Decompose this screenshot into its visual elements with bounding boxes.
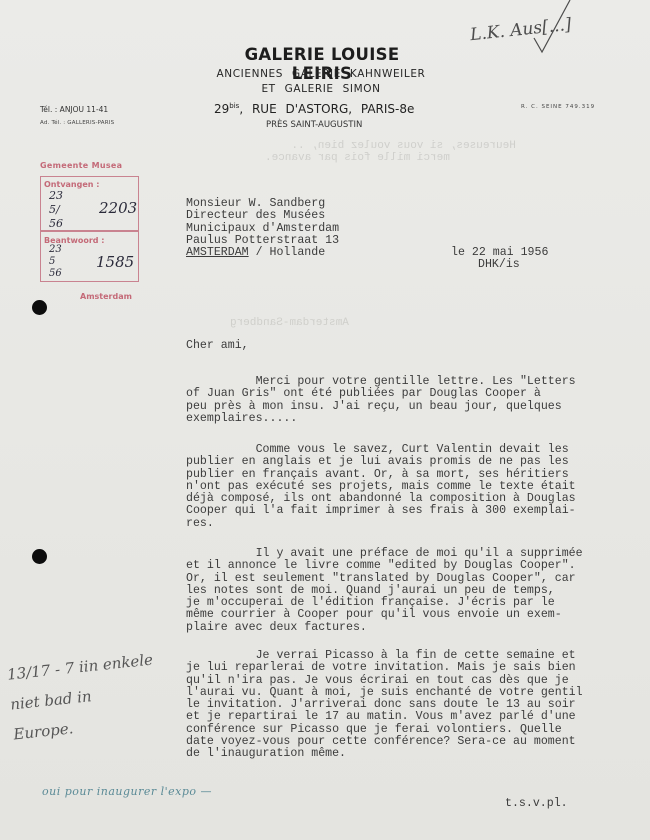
handwritten-bottom-note: oui pour inaugurer l'expo — xyxy=(42,785,212,798)
stamp-received-date: 23 5/ 56 xyxy=(49,189,63,231)
letter-page: Heureuses, si vous voulez bien, .. merci… xyxy=(0,0,650,840)
stamp-received-number: 2203 xyxy=(99,199,137,217)
gallery-subtitle: ANCIENNES GALERIE KAHNWEILER xyxy=(210,68,432,80)
body-paragraph: Merci pour votre gentille lettre. Les "L… xyxy=(186,376,576,425)
address-street: , RUE D'ASTORG, PARIS-8e xyxy=(239,102,414,116)
body-paragraph: Comme vous le savez, Curt Valentin devai… xyxy=(186,444,576,530)
punch-hole xyxy=(32,300,47,315)
registry-number: R. C. SEINE 749.319 xyxy=(521,104,595,110)
address-suffix: bis xyxy=(229,102,239,110)
date-year: 56 xyxy=(49,217,63,231)
recipient-city: AMSTERDAM xyxy=(186,246,249,259)
recipient-title: Directeur des Musées xyxy=(186,210,339,222)
recipient-address: Monsieur W. SandbergDirecteur des Musées… xyxy=(186,198,339,259)
gallery-telephone: Tél. : ANJOU 11-41 xyxy=(40,105,108,114)
body-paragraph: Il y avait une préface de moi qu'il a su… xyxy=(186,548,583,634)
show-through-text: Amsterdam-Sandberg xyxy=(230,317,349,329)
show-through-text: Heureuses, si vous voulez bien, .. merci… xyxy=(265,140,516,164)
body-paragraph: Je verrai Picasso à la fin de cette sema… xyxy=(186,650,583,761)
salutation: Cher ami, xyxy=(186,340,249,352)
stamp-answered-number: 1585 xyxy=(96,253,134,271)
received-stamp: Ontvangen : 23 5/ 56 2203 Beantwoord : 2… xyxy=(40,176,139,282)
please-turn-over: t.s.v.pl. xyxy=(505,798,568,810)
date-month: 5/ xyxy=(49,203,63,217)
date-month: 5 xyxy=(49,256,62,268)
stamp-title: Gemeente Musea xyxy=(40,161,122,170)
date-day: 23 xyxy=(49,189,63,203)
letter-reference: DHK/is xyxy=(478,259,520,271)
gallery-landmark: PRÈS SAINT-AUGUSTIN xyxy=(266,120,362,130)
recipient-city-line: AMSTERDAM / Hollande xyxy=(186,247,339,259)
stamp-received-label: Ontvangen : xyxy=(44,180,99,189)
gallery-telegram: Ad. Tél. : GALLERIS-PARIS xyxy=(40,120,114,126)
punch-hole xyxy=(32,549,47,564)
recipient-country: / Hollande xyxy=(249,246,326,259)
address-number: 29 xyxy=(214,102,229,116)
date-day: 23 xyxy=(49,244,62,256)
date-year: 56 xyxy=(49,268,62,280)
stamp-city: Amsterdam xyxy=(80,292,132,301)
checkmark-icon xyxy=(532,0,572,55)
stamp-answered-date: 23 5 56 xyxy=(49,244,62,280)
gallery-subtitle-2: ET GALERIE SIMON xyxy=(210,83,432,95)
gallery-address: 29bis, RUE D'ASTORG, PARIS-8e xyxy=(214,102,439,116)
handwritten-margin-note: 13/17 - 7 iin enkele niet bad in Europe. xyxy=(6,645,161,750)
